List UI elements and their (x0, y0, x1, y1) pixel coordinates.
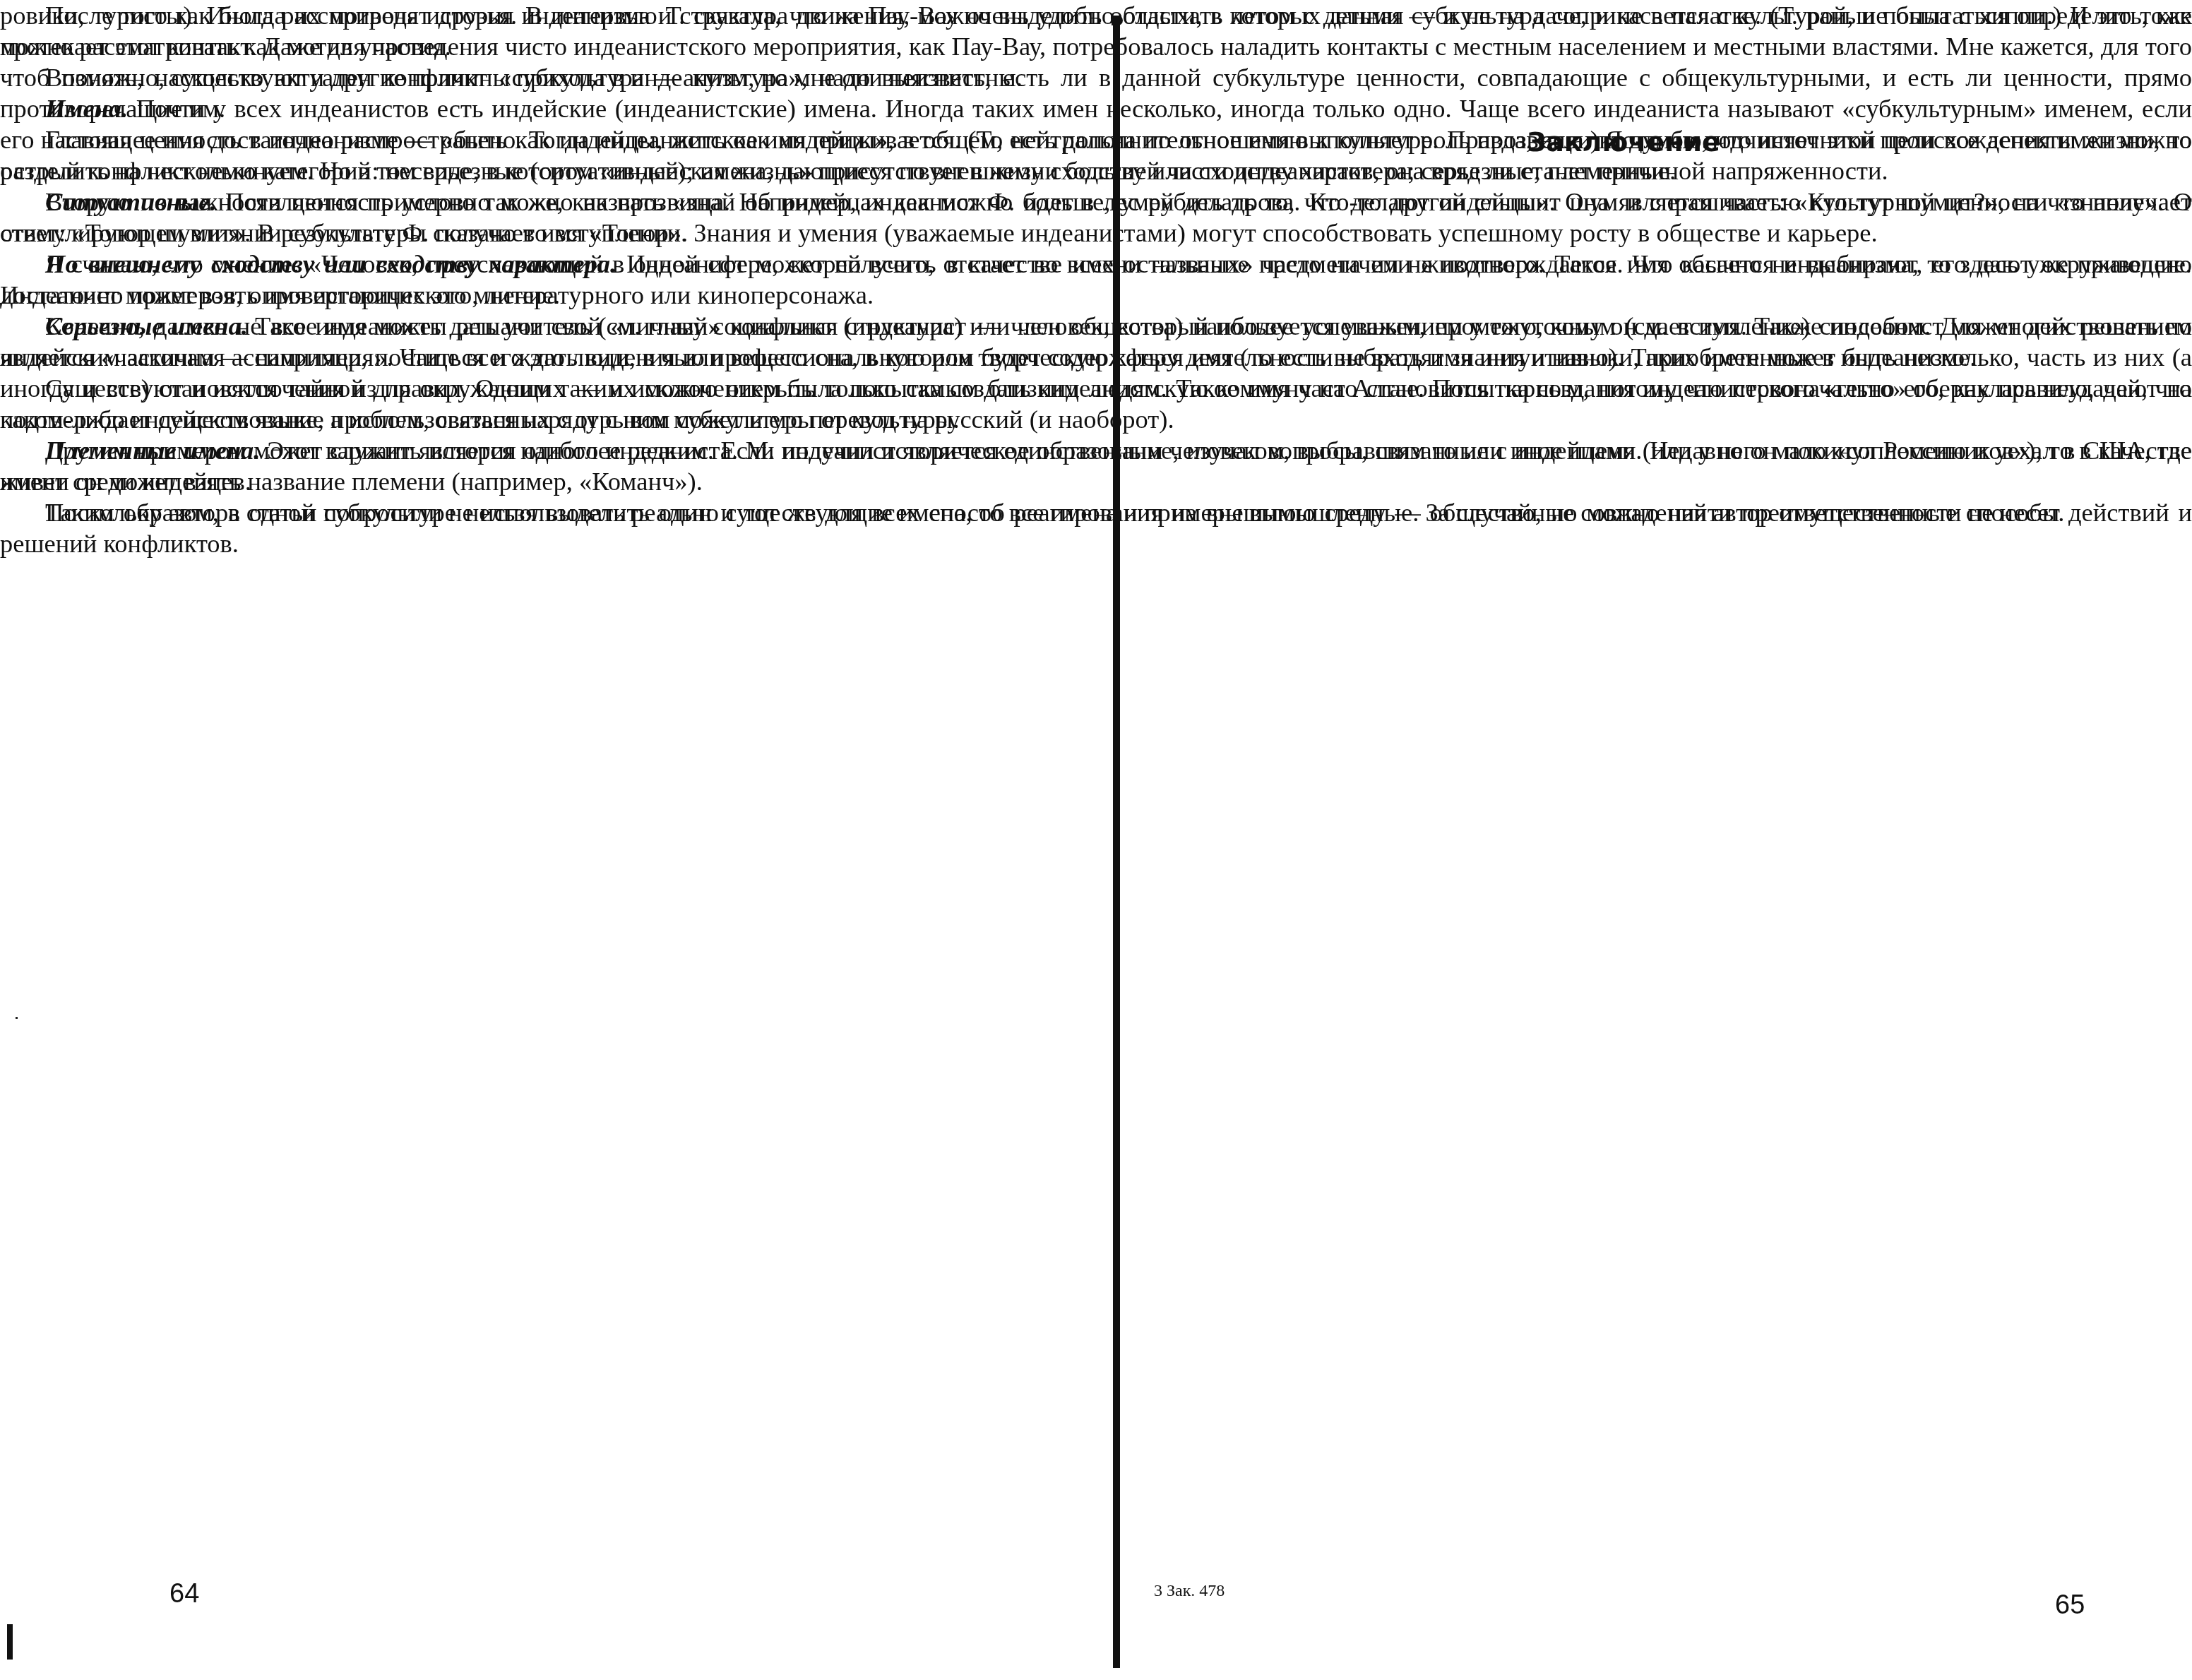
paragraph: Существуют и исключения из правил. Одним… (0, 373, 2192, 435)
scan-edge-mark (7, 1624, 13, 1660)
paragraph: Я считаю, что мнение: «Человек, преуспев… (0, 249, 2192, 311)
right-page-text: После того как была рассмотрена история … (0, 0, 2192, 559)
paragraph: Другим примером может служить история од… (0, 435, 2192, 497)
paragraph: Вторую по важности ценность условно можн… (0, 186, 2192, 249)
page-number-left: 64 (169, 1579, 199, 1609)
scan-speck (16, 1017, 18, 1019)
paragraph: Таким образом, в одной субкультуре нельз… (0, 497, 2192, 559)
paragraph: Главная ценность в индеанизме — «быть ка… (0, 124, 2192, 186)
paragraph: Конечно, далеко не все индеанисты решают… (0, 311, 2192, 373)
print-order-note: 3 Зак. 478 (1154, 1582, 1225, 1601)
page-number-right: 65 (2055, 1590, 2085, 1621)
book-spine-divider (1113, 16, 1120, 1668)
paragraph: После того как была рассмотрена история … (0, 0, 2192, 124)
